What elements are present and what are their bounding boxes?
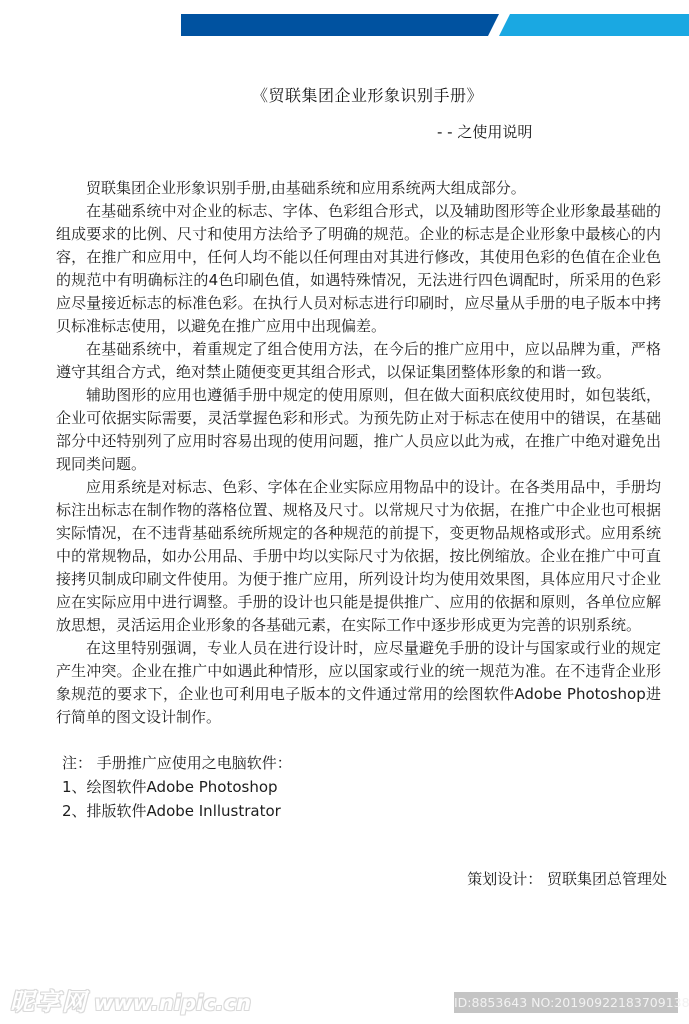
- watermark-site-url: www.nipic.cn: [94, 991, 251, 1015]
- document-body: 贸联集团企业形象识别手册,由基础系统和应用系统两大组成部分。 在基础系统中对企业…: [56, 177, 661, 729]
- body-paragraph: 应用系统是对标志、色彩、字体在企业实际应用物品中的设计。在各类用品中，手册均标注…: [56, 476, 661, 637]
- notes-label: 注： 手册推广应使用之电脑软件：: [62, 751, 661, 775]
- body-paragraph: 在基础系统中，着重规定了组合使用方法，在今后的推广应用中，应以品牌为重，严格遵守…: [56, 338, 661, 384]
- document-title: 《贸联集团企业形象识别手册》: [0, 86, 689, 106]
- watermark-site: 昵享网www.nipic.cn: [10, 982, 251, 1017]
- image-id-badge: ID:8853643 NO:20190922183709138087: [454, 992, 678, 1013]
- body-paragraph: 在这里特别强调，专业人员在进行设计时，应尽量避免手册的设计与国家或行业的规定产生…: [56, 637, 661, 729]
- watermark-bar: 昵享网www.nipic.cn ID:8853643 NO:2019092218…: [0, 982, 689, 1024]
- note-item: 2、排版软件Adobe Inllustrator: [62, 799, 661, 823]
- body-paragraph: 在基础系统中对企业的标志、字体、色彩组合形式，以及辅助图形等企业形象最基础的组成…: [56, 200, 661, 338]
- header-bar-light-segment: [499, 14, 689, 36]
- body-paragraph: 辅助图形的应用也遵循手册中规定的使用原则，但在做大面积底纹使用时，如包装纸，企业…: [56, 384, 661, 476]
- header-accent-bar: [181, 14, 689, 36]
- credit-line: 策划设计： 贸联集团总管理处: [0, 869, 689, 889]
- notes-section: 注： 手册推广应使用之电脑软件： 1、绘图软件Adobe Photoshop 2…: [62, 751, 661, 823]
- body-paragraph: 贸联集团企业形象识别手册,由基础系统和应用系统两大组成部分。: [56, 177, 661, 200]
- document-page: 《贸联集团企业形象识别手册》 - - 之使用说明 贸联集团企业形象识别手册,由基…: [0, 0, 689, 1024]
- note-item: 1、绘图软件Adobe Photoshop: [62, 775, 661, 799]
- watermark-site-name: 昵享网: [10, 988, 88, 1016]
- document-subtitle: - - 之使用说明: [0, 122, 689, 142]
- header-bar-dark-segment: [181, 14, 499, 36]
